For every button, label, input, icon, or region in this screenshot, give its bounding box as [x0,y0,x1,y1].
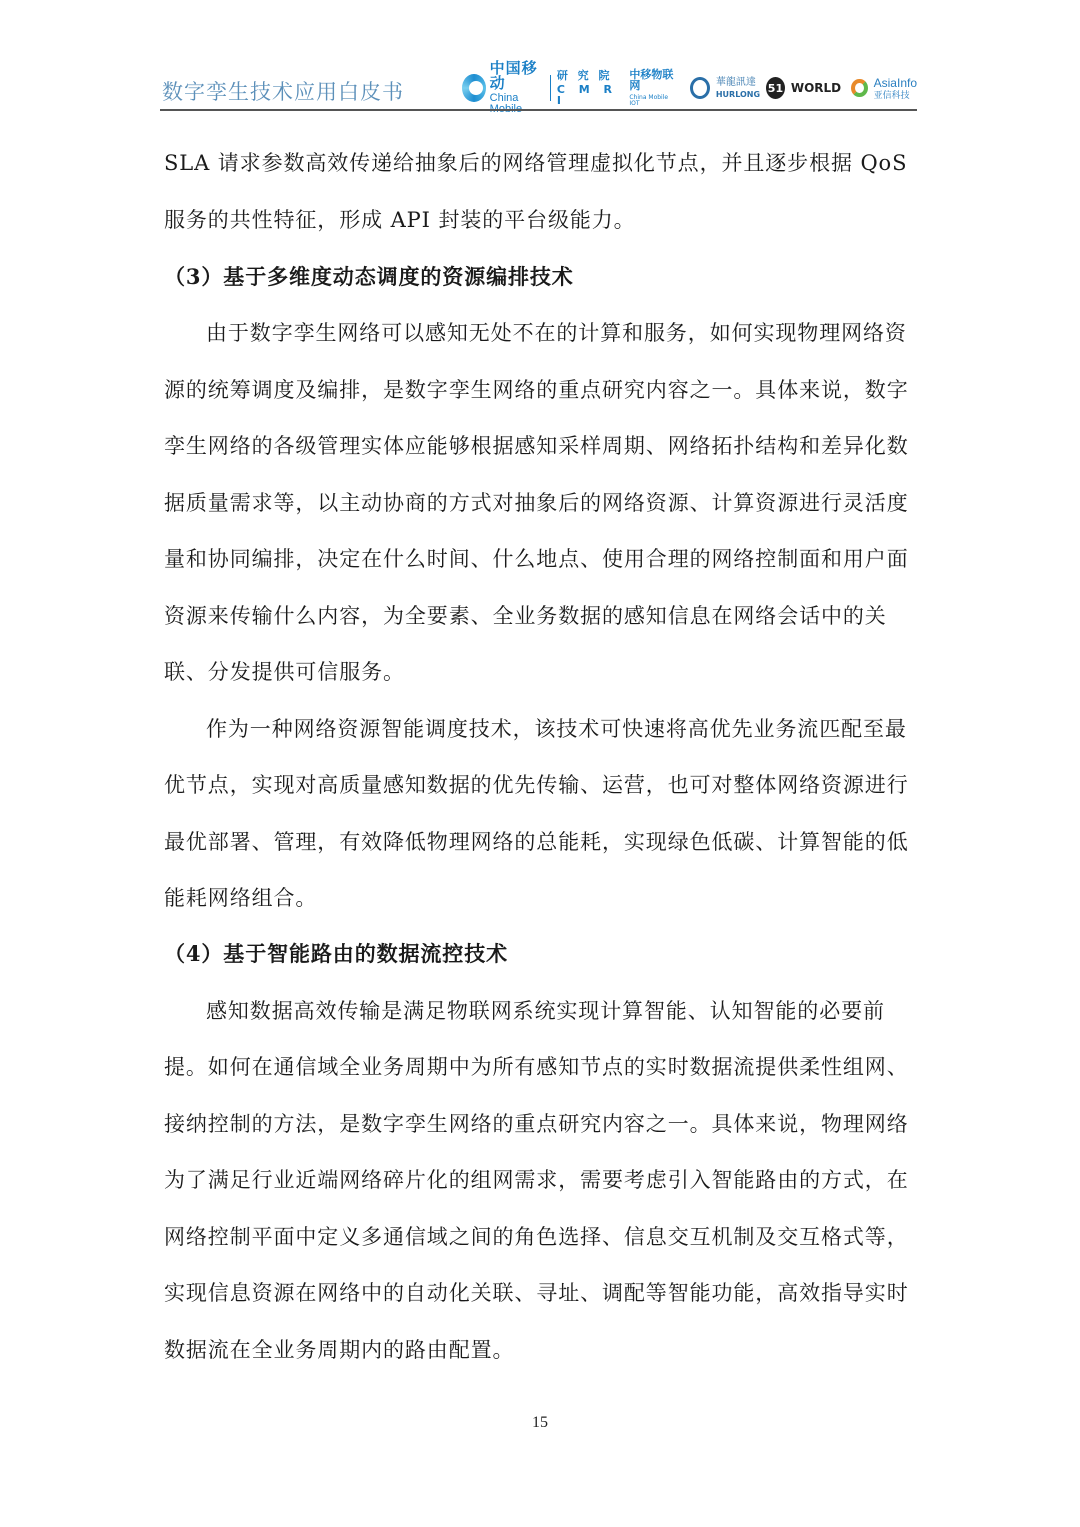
51world-icon: 51 [766,77,785,99]
hurlong-zh: 華龍訊達 [716,78,760,88]
paragraph-line: 服务的共性特征，形成 API 封装的平台级能力。 [164,205,636,235]
asiainfo-logo: AsiaInfo 亚信科技 [874,77,917,100]
asiainfo-icon [851,79,868,97]
paragraph-line: 由于数字孪生网络可以感知无处不在的计算和服务，如何实现物理网络资 [206,318,907,348]
section-heading: （3）基于多维度动态调度的资源编排技术 [164,262,574,292]
paragraph-line: 实现信息资源在网络中的自动化关联、寻址、调配等智能功能，高效指导实时 [164,1278,909,1308]
paragraph-line: 优节点，实现对高质量感知数据的优先传输、运营，也可对整体网络资源进行 [164,770,909,800]
asiainfo-zh: 亚信科技 [874,91,917,100]
hurlong-icon [690,77,710,99]
paragraph-line: 提。如何在通信域全业务周期中为所有感知节点的实时数据流提供柔性组网、 [164,1052,909,1082]
china-mobile-icon [462,74,486,102]
paragraph-line: 感知数据高效传输是满足物联网系统实现计算智能、认知智能的必要前 [206,996,885,1026]
paragraph-line: 接纳控制的方法，是数字孪生网络的重点研究内容之一。具体来说，物理网络 [164,1109,909,1139]
paragraph-line: 网络控制平面中定义多通信域之间的角色选择、信息交互机制及交互格式等， [164,1222,909,1252]
section-heading: （4）基于智能路由的数据流控技术 [164,939,508,969]
cmri-en: C M R I [557,84,624,106]
51world-text: WORLD [791,81,841,95]
hurlong-logo: 華龍訊達 HURLONG [716,78,760,99]
paragraph-line: 最优部署、管理，有效降低物理网络的总能耗，实现绿色低碳、计算智能的低 [164,827,909,857]
iot-en: China Mobile IOT [629,95,676,107]
paragraph-line: 作为一种网络资源智能调度技术，该技术可快速将高优先业务流匹配至最 [206,714,907,744]
china-mobile-zh: 中国移动 [490,61,544,91]
paragraph-line: SLA 请求参数高效传递给抽象后的网络管理虚拟化节点，并且逐步根据 QoS [164,148,907,178]
partner-logos: 中国移动 China Mobile 研 究 院 C M R I 中移物联网 Ch… [462,70,917,106]
paragraph-line: 数据流在全业务周期内的路由配置。 [164,1335,514,1365]
paragraph-line: 孪生网络的各级管理实体应能够根据感知采样周期、网络拓扑结构和差异化数 [164,431,909,461]
cmri-zh: 研 究 院 [557,70,624,81]
paragraph-line: 资源来传输什么内容，为全要素、全业务数据的感知信息在网络会话中的关 [164,601,887,631]
paragraph-line: 联、分发提供可信服务。 [164,657,405,687]
hurlong-en: HURLONG [716,91,760,99]
cmri-logo: 研 究 院 C M R I [557,70,624,106]
paragraph-line: 为了满足行业近端网络碎片化的组网需求，需要考虑引入智能路由的方式，在 [164,1165,909,1195]
logo-divider [550,75,551,101]
paragraph-line: 能耗网络组合。 [164,883,317,913]
document-title: 数字孪生技术应用白皮书 [162,76,404,106]
iot-zh: 中移物联网 [629,69,676,91]
asiainfo-en: AsiaInfo [874,77,917,89]
china-mobile-logo: 中国移动 China Mobile [462,61,544,115]
header-divider [160,109,917,111]
china-mobile-en: China Mobile [490,93,544,115]
paragraph-line: 量和协同编排，决定在什么时间、什么地点、使用合理的网络控制面和用户面 [164,544,909,574]
page-header: 数字孪生技术应用白皮书 中国移动 China Mobile 研 究 院 C M … [160,70,917,110]
china-mobile-iot-logo: 中移物联网 China Mobile IOT [629,69,676,107]
page-number: 15 [0,1414,1080,1432]
paragraph-line: 源的统筹调度及编排，是数字孪生网络的重点研究内容之一。具体来说，数字 [164,375,909,405]
paragraph-line: 据质量需求等，以主动协商的方式对抽象后的网络资源、计算资源进行灵活度 [164,488,909,518]
